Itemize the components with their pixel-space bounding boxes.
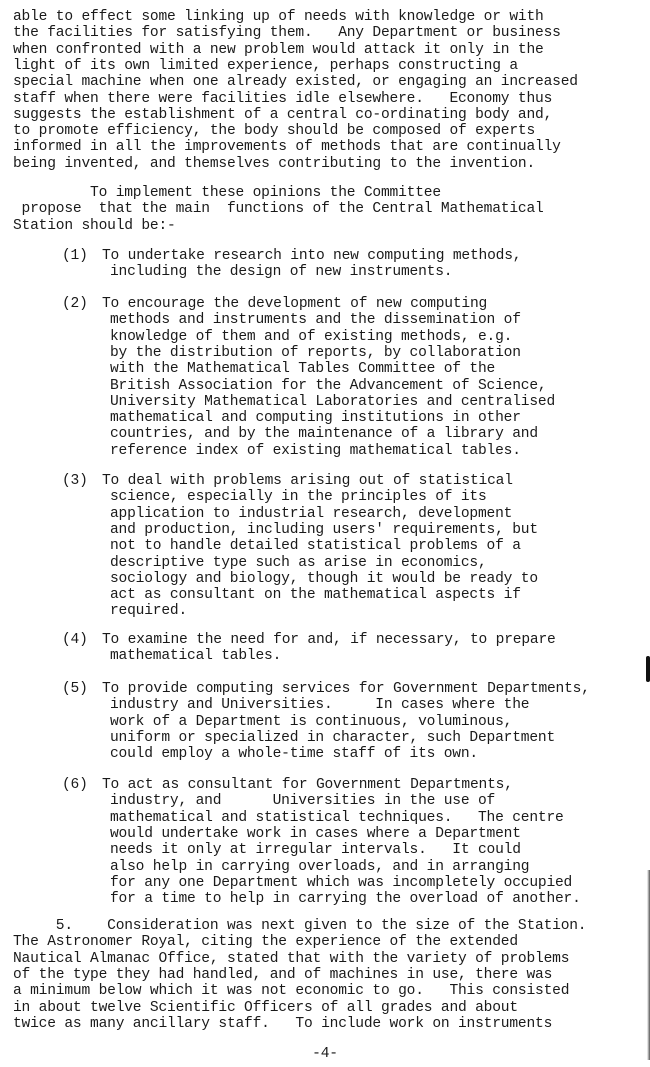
text-line: special machine when one already existed… bbox=[13, 74, 578, 90]
page-number: -4- bbox=[0, 1046, 650, 1062]
text-line: light of its own limited experience, per… bbox=[13, 58, 518, 74]
function-text-line: To deal with problems arising out of sta… bbox=[102, 473, 513, 489]
text-line: To implement these opinions the Committe… bbox=[13, 185, 441, 201]
text-line: The Astronomer Royal, citing the experie… bbox=[13, 934, 518, 950]
text-line: being invented, and themselves contribut… bbox=[13, 156, 535, 172]
function-text-line: mathematical tables. bbox=[110, 648, 281, 664]
text-line: propose that the main functions of the C… bbox=[13, 201, 544, 217]
text-line: suggests the establishment of a central … bbox=[13, 107, 552, 123]
function-text-line: sociology and biology, though it would b… bbox=[110, 571, 538, 587]
document-page: able to effect some linking up of needs … bbox=[0, 0, 650, 1067]
text-line: staff when there were facilities idle el… bbox=[13, 91, 552, 107]
function-text-line: industry and Universities. In cases wher… bbox=[110, 697, 529, 713]
function-text-line: To undertake research into new computing… bbox=[102, 248, 521, 264]
page-edge-mark bbox=[646, 656, 650, 682]
function-text-line: could employ a whole-time staff of its o… bbox=[110, 746, 478, 762]
function-number: (5) bbox=[62, 681, 88, 697]
function-number: (2) bbox=[62, 296, 88, 312]
text-line: informed in all the improvements of meth… bbox=[13, 139, 561, 155]
function-text-line: required. bbox=[110, 603, 187, 619]
function-text-line: industry, and Universities in the use of bbox=[110, 793, 495, 809]
function-text-line: mathematical and statistical techniques.… bbox=[110, 810, 564, 826]
function-text-line: descriptive type such as arise in econom… bbox=[110, 555, 487, 571]
function-text-line: mathematical and computing institutions … bbox=[110, 410, 521, 426]
function-text-line: also help in carrying overloads, and in … bbox=[110, 859, 529, 875]
function-text-line: reference index of existing mathematical… bbox=[110, 443, 521, 459]
function-text-line: University Mathematical Laboratories and… bbox=[110, 394, 555, 410]
function-text-line: To encourage the development of new comp… bbox=[102, 296, 487, 312]
function-text-line: science, especially in the principles of… bbox=[110, 489, 487, 505]
function-text-line: application to industrial research, deve… bbox=[110, 506, 512, 522]
function-number: (6) bbox=[62, 777, 88, 793]
function-text-line: countries, and by the maintenance of a l… bbox=[110, 426, 538, 442]
function-text-line: for any one Department which was incompl… bbox=[110, 875, 572, 891]
function-text-line: To provide computing services for Govern… bbox=[102, 681, 590, 697]
text-line: a minimum below which it was not economi… bbox=[13, 983, 569, 999]
function-text-line: not to handle detailed statistical probl… bbox=[110, 538, 521, 554]
function-text-line: act as consultant on the mathematical as… bbox=[110, 587, 521, 603]
function-text-line: work of a Department is continuous, volu… bbox=[110, 714, 512, 730]
text-line: able to effect some linking up of needs … bbox=[13, 9, 544, 25]
function-text-line: including the design of new instruments. bbox=[110, 264, 452, 280]
text-line: 5. Consideration was next given to the s… bbox=[13, 918, 586, 934]
function-text-line: To act as consultant for Government Depa… bbox=[102, 777, 513, 793]
text-line: when confronted with a new problem would… bbox=[13, 42, 544, 58]
function-number: (1) bbox=[62, 248, 88, 264]
function-text-line: would undertake work in cases where a De… bbox=[110, 826, 521, 842]
function-text-line: by the distribution of reports, by colla… bbox=[110, 345, 521, 361]
function-text-line: To examine the need for and, if necessar… bbox=[102, 632, 556, 648]
text-line: Station should be:- bbox=[13, 218, 176, 234]
function-text-line: for a time to help in carrying the overl… bbox=[110, 891, 581, 907]
text-line: the facilities for satisfying them. Any … bbox=[13, 25, 561, 41]
function-text-line: and production, including users' require… bbox=[110, 522, 538, 538]
function-number: (4) bbox=[62, 632, 88, 648]
function-text-line: knowledge of them and of existing method… bbox=[110, 329, 512, 345]
function-number: (3) bbox=[62, 473, 88, 489]
text-line: Nautical Almanac Office, stated that wit… bbox=[13, 951, 569, 967]
text-line: twice as many ancillary staff. To includ… bbox=[13, 1016, 552, 1032]
function-text-line: uniform or specialized in character, suc… bbox=[110, 730, 555, 746]
text-line: to promote efficiency, the body should b… bbox=[13, 123, 535, 139]
function-text-line: with the Mathematical Tables Committee o… bbox=[110, 361, 495, 377]
text-line: of the type they had handled, and of mac… bbox=[13, 967, 552, 983]
text-line: in about twelve Scientific Officers of a… bbox=[13, 1000, 518, 1016]
function-text-line: needs it only at irregular intervals. It… bbox=[110, 842, 521, 858]
function-text-line: British Association for the Advancement … bbox=[110, 378, 546, 394]
function-text-line: methods and instruments and the dissemin… bbox=[110, 312, 521, 328]
